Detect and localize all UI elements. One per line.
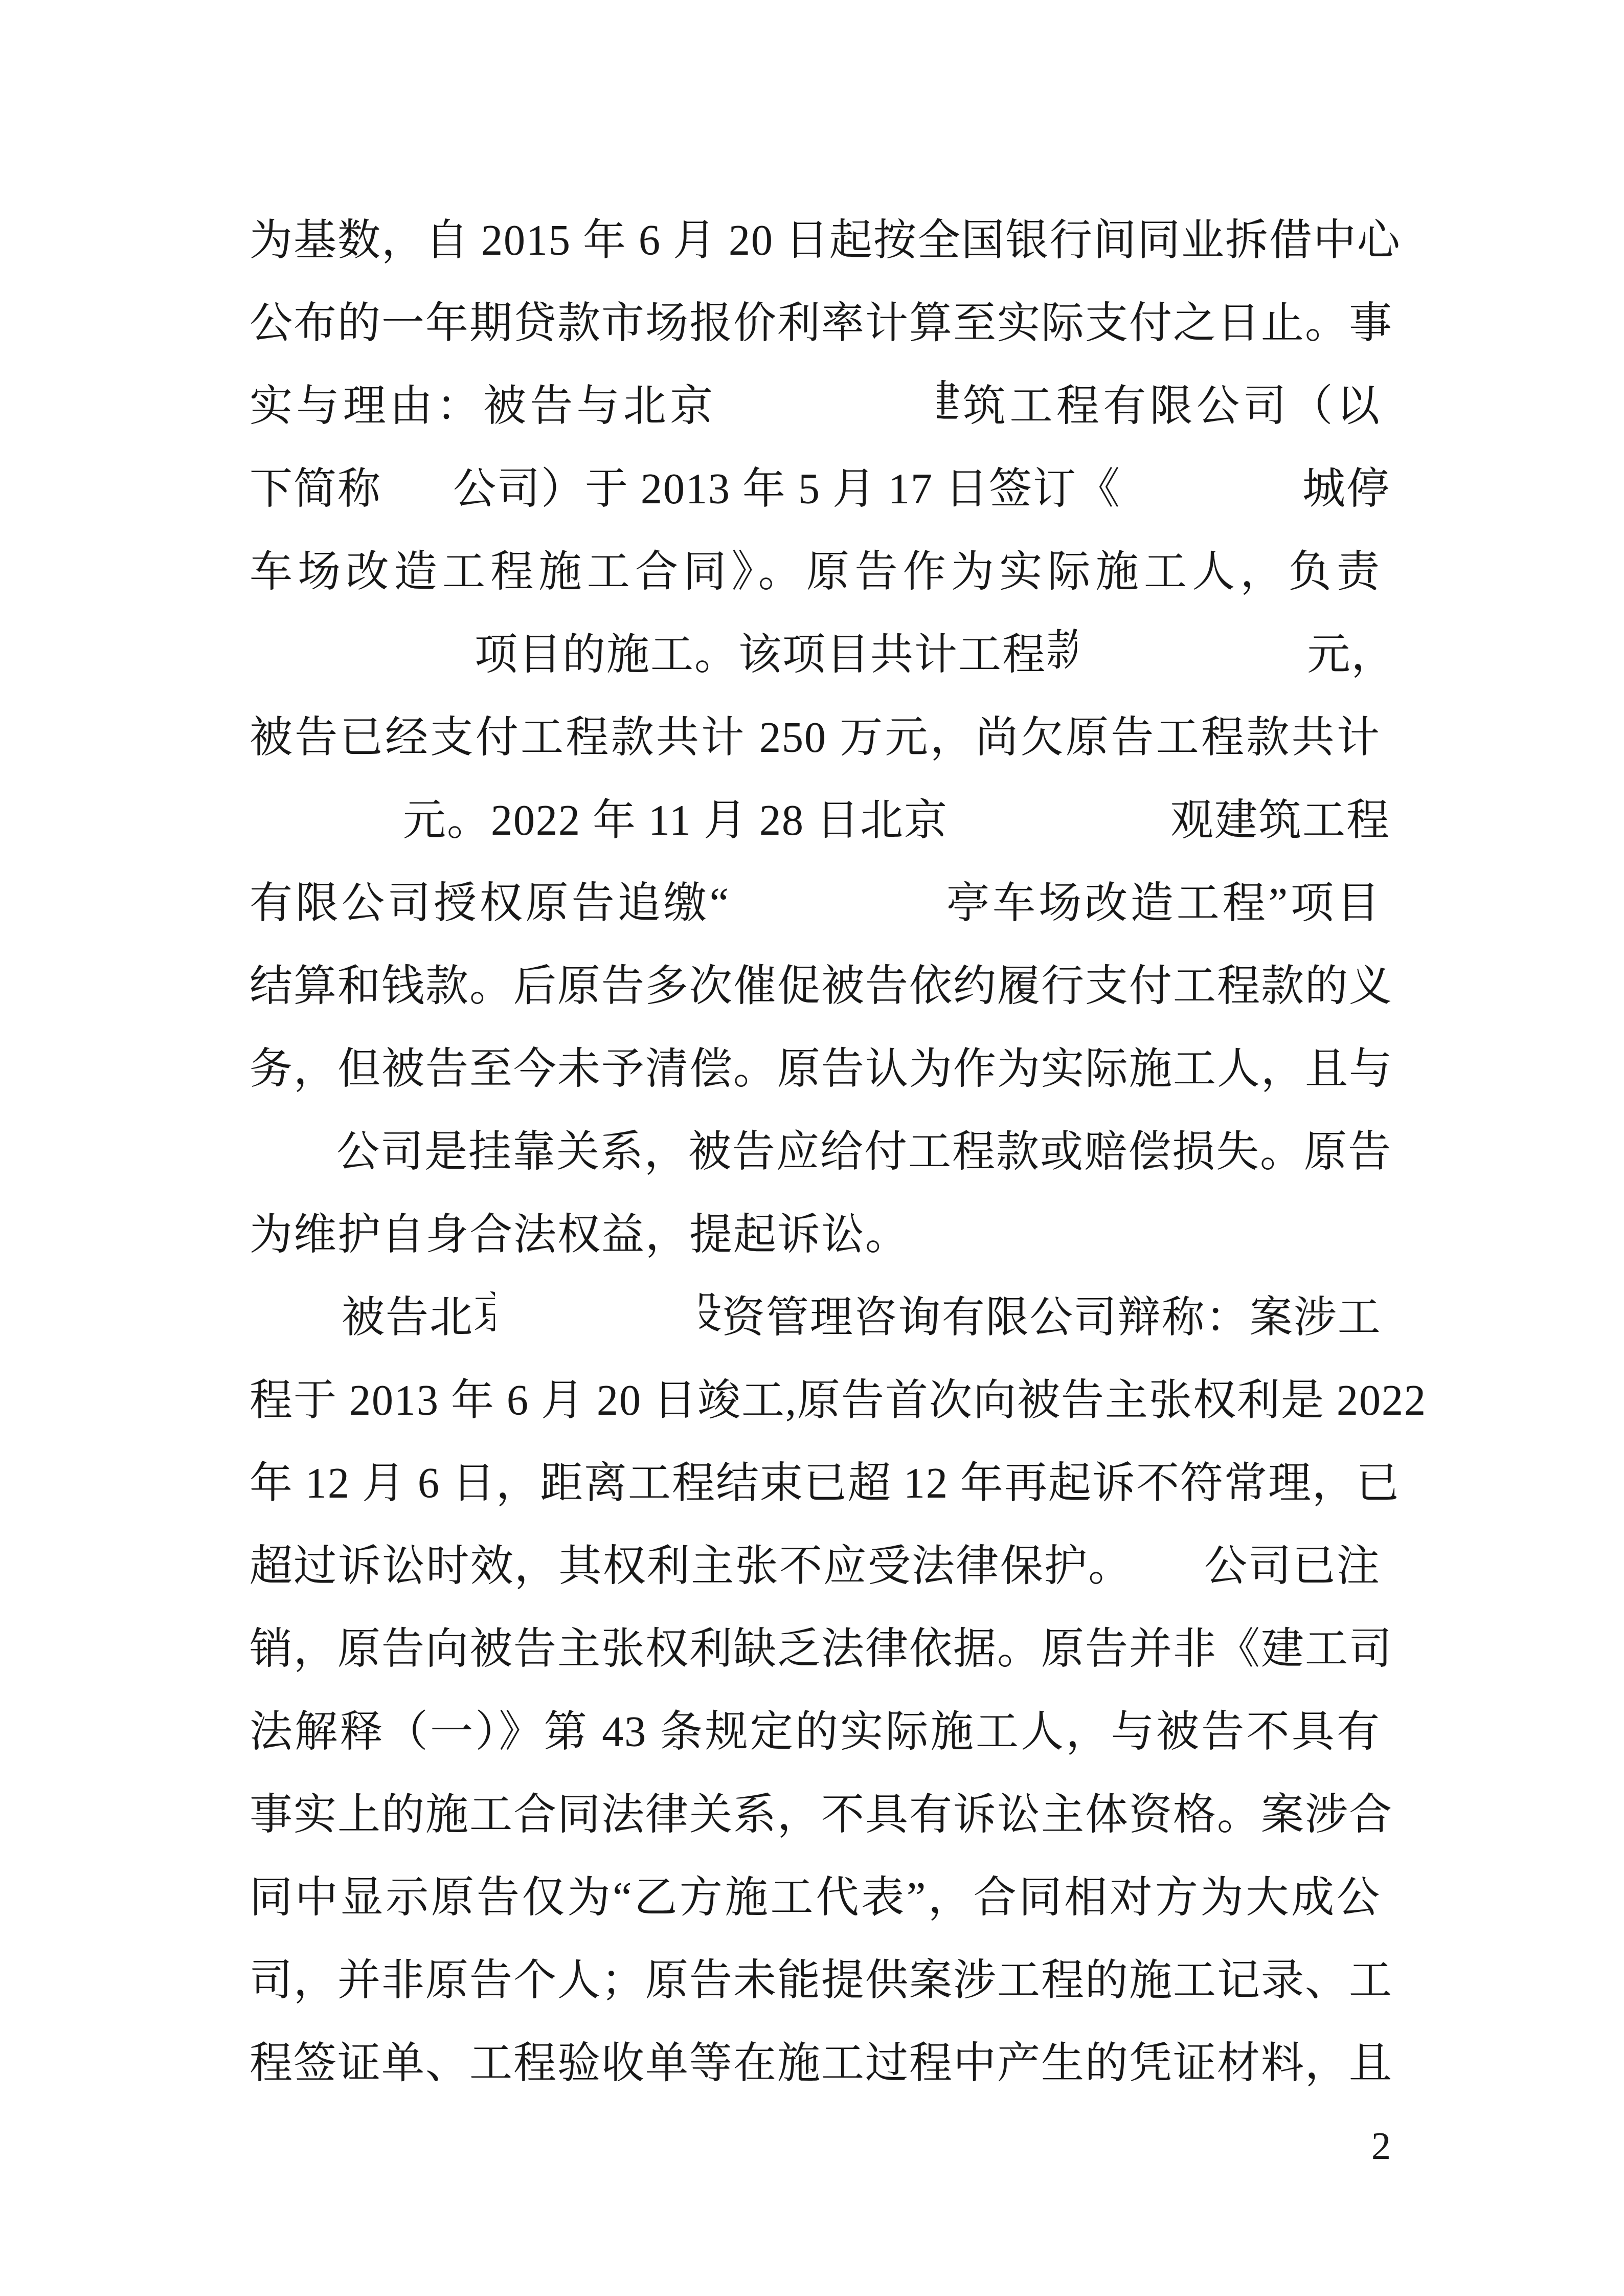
document-page: 为基数，自 2015 年 6 月 20 日起按全国银行间同业拆借中心公布的一年期… [0, 0, 1624, 2296]
text-run: 元。2022 年 11 月 28 日北京 [403, 797, 948, 844]
text-run: 筑工程有限公司（以 [960, 383, 1381, 430]
text-line: 超过诉讼时效，其权利主张不应受法律保护。公司已注 [250, 1525, 1381, 1608]
partial-char: 款 [1046, 629, 1077, 676]
text-run: 务，但被告至今未予清偿。原告认为作为实际施工人，且与 [250, 1045, 1393, 1093]
partial-char: 投 [700, 1291, 722, 1339]
redaction-gap [381, 501, 453, 503]
text-run: 超过诉讼时效，其权利主张不应受法律保护。 [250, 1543, 1133, 1590]
redaction-gap [730, 916, 944, 918]
partial-char: 京 [473, 1291, 495, 1339]
text-run: 法解释（一）》第 43 条规定的实际施工人，与被告不具有 [250, 1708, 1381, 1756]
redaction-gap [1077, 667, 1307, 669]
text-run: 结算和钱款。后原告多次催促被告依约履行支付工程款的义 [250, 963, 1393, 1010]
text-line: 务，但被告至今未予清偿。原告认为作为实际施工人，且与 [250, 1028, 1381, 1111]
text-run: 年 12 月 6 日，距离工程结束已超 12 年再起诉不符常理，已 [250, 1460, 1400, 1507]
text-run: 公司已注 [1204, 1543, 1381, 1590]
redaction-gap [948, 833, 1170, 835]
redaction-gap [250, 833, 403, 835]
text-run: 观建筑工程 [1170, 797, 1390, 844]
text-run: 司，并非原告个人；原告未能提供案涉工程的施工记录、工 [250, 1957, 1393, 2004]
text-run: 程于 2013 年 6 月 20 日竣工,原告首次向被告主张权利是 2022 [250, 1377, 1427, 1424]
text-line: 同中显示原告仅为“乙方施工代表”，合同相对方为大成公 [250, 1857, 1381, 1940]
text-line: 法解释（一）》第 43 条规定的实际施工人，与被告不具有 [250, 1691, 1381, 1774]
text-run: 事实上的施工合同法律关系，不具有诉讼主体资格。案涉合 [250, 1791, 1393, 1839]
text-line: 元。2022 年 11 月 28 日北京观建筑工程 [250, 779, 1381, 862]
text-run: 公司是挂靠关系，被告应给付工程款或赔偿损失。原告 [336, 1128, 1392, 1176]
text-line: 公布的一年期贷款市场报价利率计算至实际支付之日止。事 [250, 282, 1381, 365]
text-line: 项目的施工。该项目共计工程款元， [250, 614, 1381, 697]
text-line: 实与理由：被告与北京建筑工程有限公司（以 [250, 365, 1381, 448]
text-line: 为维护自身合法权益，提起诉讼。 [250, 1194, 1381, 1277]
text-run: 程签证单、工程验收单等在施工过程中产生的凭证材料，且 [250, 2040, 1393, 2087]
redaction-gap [1133, 1578, 1204, 1580]
text-run: 项目的施工。该项目共计工程 [475, 631, 1046, 679]
text-run: 下简称 [250, 465, 381, 513]
text-line: 被告已经支付工程款共计 250 万元，尚欠原告工程款共计 [250, 697, 1381, 779]
text-run: 车场改造工程施工合同》。原告作为实际施工人，负责 [250, 548, 1381, 596]
text-line: 司，并非原告个人；原告未能提供案涉工程的施工记录、工 [250, 1940, 1381, 2022]
text-line: 程于 2013 年 6 月 20 日竣工,原告首次向被告主张权利是 2022 [250, 1359, 1381, 1442]
text-run: 被告北 [342, 1294, 473, 1342]
text-line: 车场改造工程施工合同》。原告作为实际施工人，负责 [250, 531, 1381, 614]
redaction-gap [1121, 501, 1302, 503]
redaction-gap [250, 1164, 336, 1166]
text-line: 被告北京投资管理咨询有限公司辩称：案涉工 [250, 1277, 1381, 1359]
text-run: 有限公司授权原告追缴“ [250, 880, 730, 927]
text-line: 事实上的施工合同法律关系，不具有诉讼主体资格。案涉合 [250, 1774, 1381, 1857]
text-line: 公司是挂靠关系，被告应给付工程款或赔偿损失。原告 [250, 1111, 1381, 1194]
text-run: 亭车场改造工程”项目 [944, 880, 1381, 927]
partial-char: 建 [937, 380, 960, 427]
text-run: 资管理咨询有限公司辩称：案涉工 [722, 1294, 1382, 1342]
page-number: 2 [1371, 2127, 1391, 2166]
text-line: 有限公司授权原告追缴“亭车场改造工程”项目 [250, 862, 1381, 945]
text-run: 被告已经支付工程款共计 250 万元，尚欠原告工程款共计 [250, 714, 1381, 762]
text-run: 城停 [1302, 465, 1390, 513]
text-line: 下简称公司）于 2013 年 5 月 17 日签订《城停 [250, 448, 1381, 531]
text-run: 为维护自身合法权益，提起诉讼。 [250, 1211, 909, 1259]
redaction-gap [250, 1330, 342, 1332]
redaction-gap [495, 1330, 700, 1332]
text-run: 公布的一年期贷款市场报价利率计算至实际支付之日止。事 [250, 300, 1393, 347]
text-line: 年 12 月 6 日，距离工程结束已超 12 年再起诉不符常理，已 [250, 1442, 1381, 1525]
text-run: 实与理由：被告与北京 [250, 383, 717, 430]
redaction-gap [250, 667, 475, 669]
text-line: 结算和钱款。后原告多次催促被告依约履行支付工程款的义 [250, 945, 1381, 1028]
text-line: 程签证单、工程验收单等在施工过程中产生的凭证材料，且 [250, 2022, 1381, 2105]
text-run: 销，原告向被告主张权利缺乏法律依据。原告并非《建工司 [250, 1625, 1393, 1673]
redaction-gap [717, 418, 937, 420]
text-run: 为基数，自 2015 年 6 月 20 日起按全国银行间同业拆借中心 [250, 217, 1401, 264]
text-run: 元， [1307, 631, 1395, 679]
text-run: 公司）于 2013 年 5 月 17 日签订《 [453, 465, 1121, 513]
text-run: 同中显示原告仅为“乙方施工代表”，合同相对方为大成公 [250, 1874, 1381, 1922]
text-line: 为基数，自 2015 年 6 月 20 日起按全国银行间同业拆借中心 [250, 199, 1381, 282]
text-line: 销，原告向被告主张权利缺乏法律依据。原告并非《建工司 [250, 1608, 1381, 1691]
text-block: 为基数，自 2015 年 6 月 20 日起按全国银行间同业拆借中心公布的一年期… [250, 199, 1381, 2105]
